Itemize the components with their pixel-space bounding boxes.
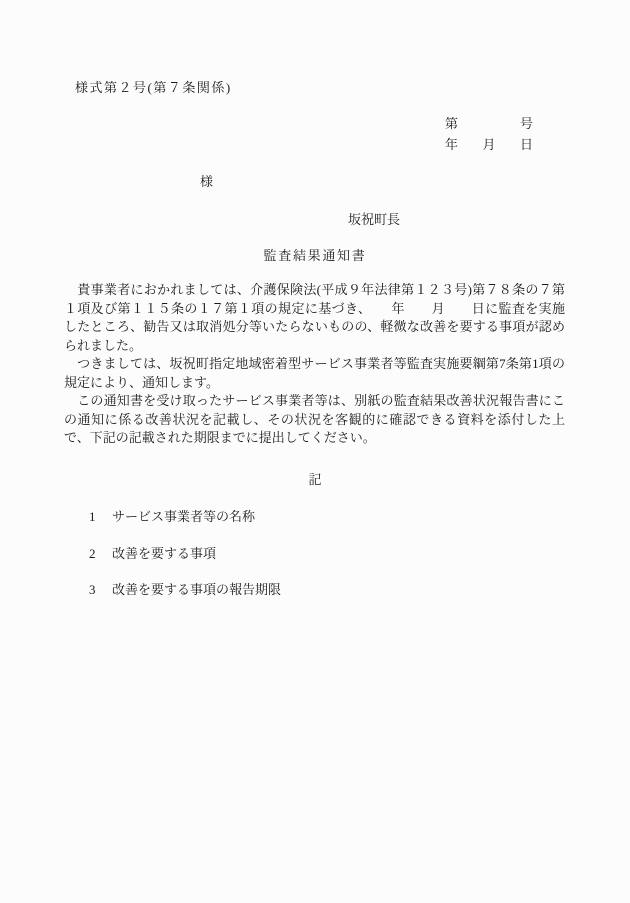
body-line: で、下記の記載された期限までに提出してください。 xyxy=(64,429,565,448)
body-line: １項及び第１１５条の１７第１項の規定に基づき、 年 月 日に監査を実施 xyxy=(64,300,565,319)
number-prefix: 第 xyxy=(445,114,458,135)
body-line: つきましては、坂祝町指定地域密着型サービス事業者等監査実施要綱第7条第1項の xyxy=(64,355,565,374)
body-text: 貴事業者におかれましては、介護保険法(平成９年法律第１２３号)第７８条の７第１項… xyxy=(64,281,565,448)
item-number: 2 xyxy=(89,545,112,563)
document-page: 様式第２号(第７条関係) 第 号 年 月 日 様 坂祝町長 監査結果通知書 貴事… xyxy=(0,0,630,903)
item-label: サービス事業者等の名称 xyxy=(112,509,255,524)
body-line: 貴事業者におかれましては、介護保険法(平成９年法律第１２３号)第７８条の７第 xyxy=(64,281,565,300)
sender-title: 坂祝町長 xyxy=(348,209,400,228)
item-number: 1 xyxy=(89,508,112,526)
list-item: 2改善を要する事項 xyxy=(89,545,281,563)
date-line: 年 月 日 xyxy=(445,135,533,156)
body-line: の通知に係る改善状況を記載し、その状況を客観的に確認できる資料を添付した上 xyxy=(64,411,565,430)
body-line: られました。 xyxy=(64,337,565,356)
body-line: この通知書を受け取ったサービス事業者等は、別紙の監査結果改善状況報告書にこ xyxy=(64,392,565,411)
list-item: 3改善を要する事項の報告期限 xyxy=(89,581,281,599)
document-title: 監査結果通知書 xyxy=(0,245,630,264)
number-suffix: 号 xyxy=(520,114,533,135)
form-label: 様式第２号(第７条関係) xyxy=(75,77,232,96)
item-label: 改善を要する事項 xyxy=(112,546,216,561)
document-number-block: 第 号 年 月 日 xyxy=(445,114,533,155)
date-month: 月 xyxy=(482,135,495,156)
paragraph: この通知書を受け取ったサービス事業者等は、別紙の監査結果改善状況報告書にこの通知… xyxy=(64,392,565,448)
document-number-line: 第 号 xyxy=(445,114,533,135)
item-list: 1サービス事業者等の名称2改善を要する事項3改善を要する事項の報告期限 xyxy=(89,508,281,618)
body-line: 規定により、通知します。 xyxy=(64,374,565,393)
paragraph: 貴事業者におかれましては、介護保険法(平成９年法律第１２３号)第７８条の７第１項… xyxy=(64,281,565,355)
date-year: 年 xyxy=(445,135,458,156)
note-marker: 記 xyxy=(0,469,630,488)
list-item: 1サービス事業者等の名称 xyxy=(89,508,281,526)
item-label: 改善を要する事項の報告期限 xyxy=(112,582,281,597)
addressee-honorific: 様 xyxy=(200,171,213,190)
item-number: 3 xyxy=(89,581,112,599)
body-line: したところ、勧告又は取消処分等いたらないものの、軽微な改善を要する事項が認め xyxy=(64,318,565,337)
paragraph: つきましては、坂祝町指定地域密着型サービス事業者等監査実施要綱第7条第1項の規定… xyxy=(64,355,565,392)
date-day: 日 xyxy=(520,135,533,156)
